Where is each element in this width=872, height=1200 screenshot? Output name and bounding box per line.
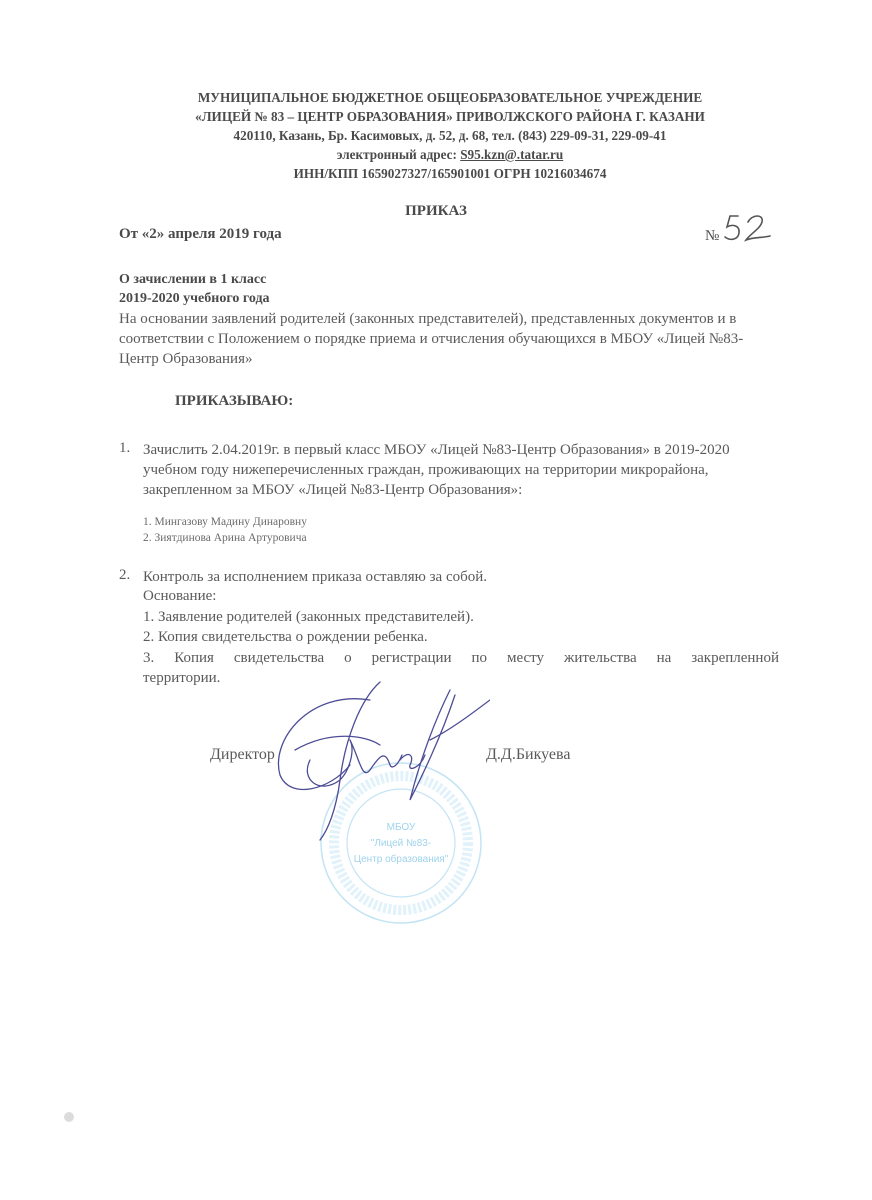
item-2-number: 2. <box>119 567 130 584</box>
org-school-line: «ЛИЦЕЙ № 83 – ЦЕНТР ОБРАЗОВАНИЯ» ПРИВОЛЖ… <box>14 107 872 126</box>
director-signature <box>250 670 490 875</box>
handwritten-order-number <box>722 210 782 251</box>
item-1-text: Зачислить 2.04.2019г. в первый класс МБО… <box>143 440 783 500</box>
student-list-item: 1. Мингазову Мадину Динаровну <box>143 514 307 530</box>
email-label: электронный адрес: <box>337 147 460 162</box>
order-date: От «2» апреля 2019 года <box>119 226 282 243</box>
item-1-number: 1. <box>119 440 130 457</box>
org-tax-ids: ИНН/КПП 1659027327/165901001 ОГРН 102160… <box>14 164 872 183</box>
org-name-line: МУНИЦИПАЛЬНОЕ БЮДЖЕТНОЕ ОБЩЕОБРАЗОВАТЕЛЬ… <box>14 88 872 107</box>
basis-item: 3. Копия свидетельства о регистрации по … <box>143 648 779 669</box>
signatory-name: Д.Д.Бикуева <box>486 746 570 764</box>
org-email-line: электронный адрес: S95.kzn@.tatar.ru <box>14 145 872 164</box>
order-subject-line1: О зачислении в 1 класс <box>119 272 266 288</box>
org-address-line: 420110, Казань, Бр. Касимовых, д. 52, д.… <box>14 126 872 145</box>
basis-label: Основание: <box>143 586 779 607</box>
order-number-label: № <box>705 228 719 245</box>
order-preamble: На основании заявлений родителей (законн… <box>119 309 779 369</box>
student-list-item: 2. Зиятдинова Арина Артуровича <box>143 530 307 546</box>
basis-item: 1. Заявление родителей (законных предста… <box>143 607 779 628</box>
email-link[interactable]: S95.kzn@.tatar.ru <box>460 147 563 162</box>
order-subject-line2: 2019-2020 учебного года <box>119 291 270 307</box>
scan-artifact-dot <box>64 1112 74 1122</box>
basis-item: 2. Копия свидетельства о рождении ребенк… <box>143 627 779 648</box>
item-2-text: Контроль за исполнением приказа оставляю… <box>143 567 783 587</box>
order-keyword: ПРИКАЗЫВАЮ: <box>175 393 293 410</box>
